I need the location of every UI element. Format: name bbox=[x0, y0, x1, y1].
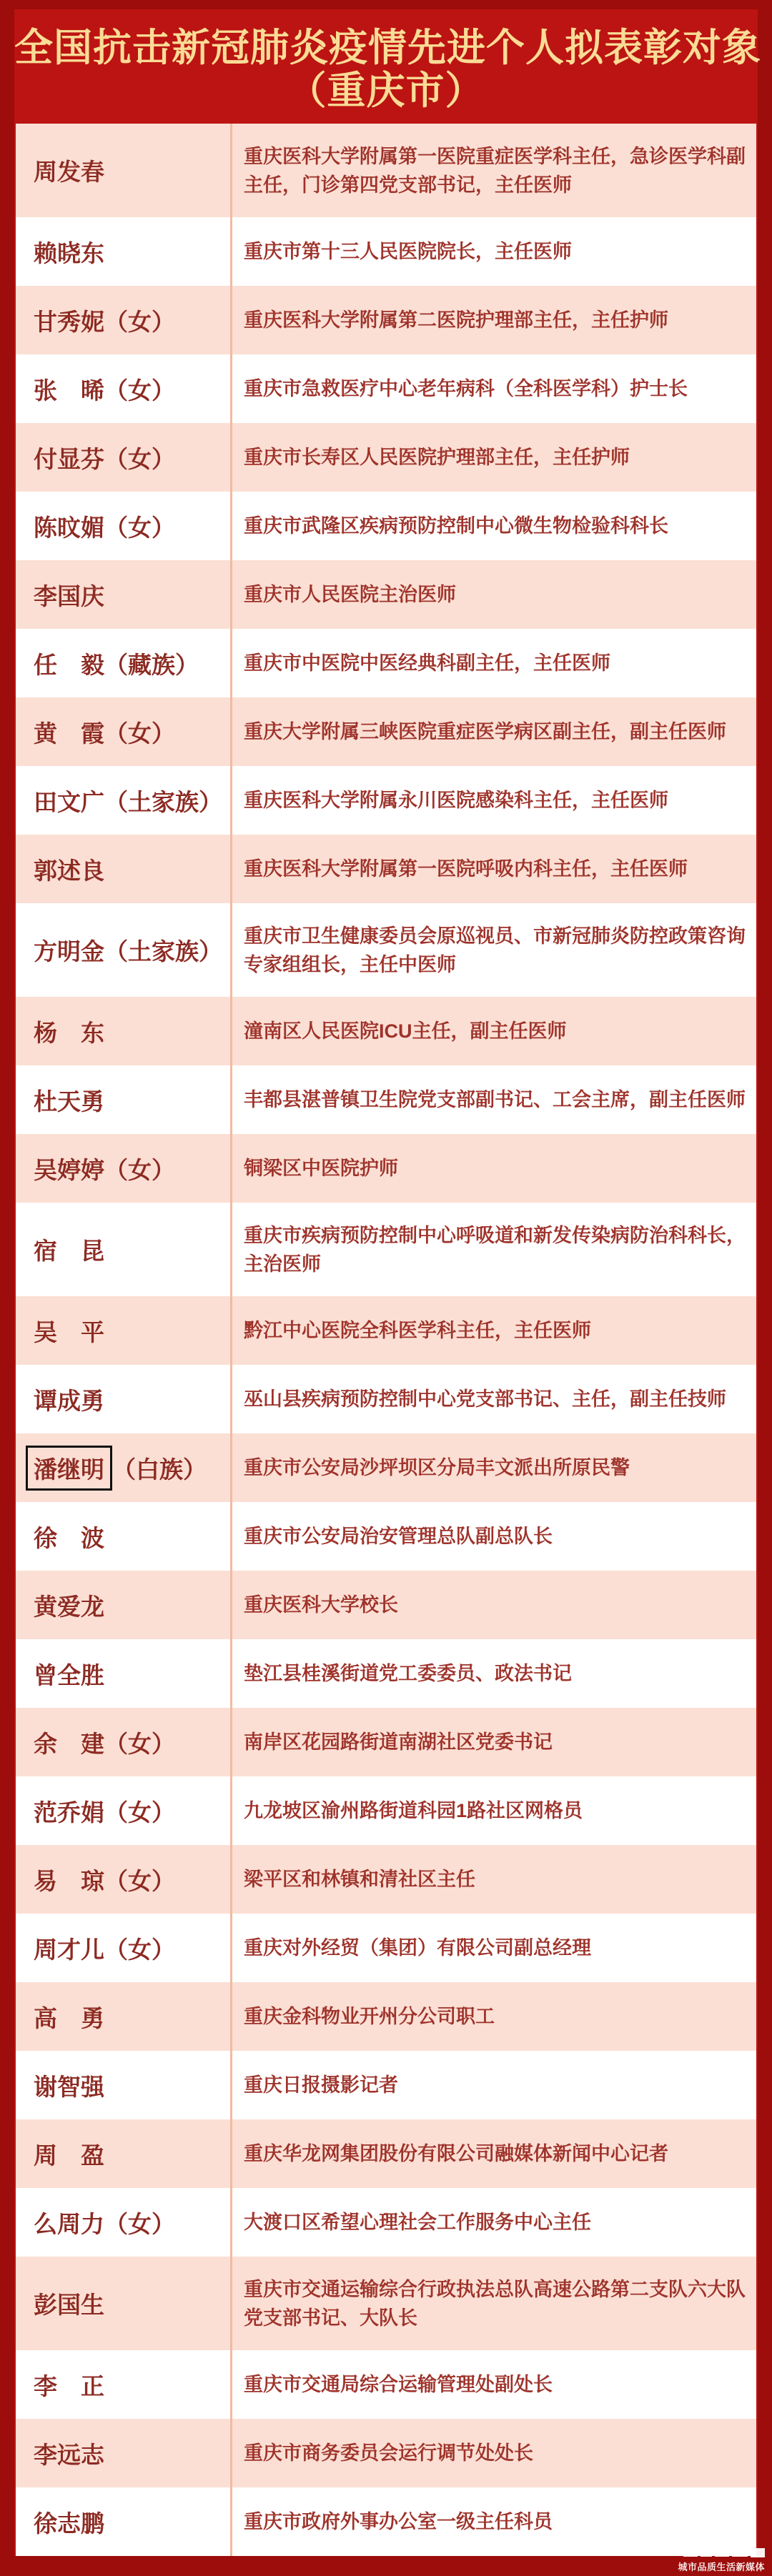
person-name-cell: 任 毅（藏族） bbox=[16, 629, 230, 697]
person-name-cell: 付显芬（女） bbox=[16, 423, 230, 492]
table-row: 周才儿（女） 重庆对外经贸（集团）有限公司副总经理 bbox=[16, 1914, 756, 1982]
table-row: 李国庆 重庆市人民医院主治医师 bbox=[16, 560, 756, 629]
person-name: 黄 霞 bbox=[34, 715, 104, 749]
person-description: 重庆市公安局治安管理总队副总队长 bbox=[232, 1502, 756, 1571]
person-name: 赖晓东 bbox=[34, 235, 104, 269]
person-description: 重庆市人民医院主治医师 bbox=[232, 560, 756, 629]
clipped-logo-fragments bbox=[678, 2549, 765, 2557]
title-line-2: （重庆市） bbox=[14, 69, 758, 112]
person-description: 潼南区人民医院ICU主任，副主任医师 bbox=[232, 997, 756, 1065]
person-name: 易 琼 bbox=[34, 1863, 104, 1896]
person-name-suffix: （女） bbox=[104, 304, 175, 337]
person-name-cell: 徐志鹏 bbox=[16, 2487, 230, 2556]
person-name-cell: 黄 霞（女） bbox=[16, 697, 230, 766]
person-name-suffix: （女） bbox=[104, 1152, 175, 1185]
poster-title: 全国抗击新冠肺炎疫情先进个人拟表彰对象 （重庆市） bbox=[14, 9, 758, 112]
person-name-cell: 张 晞（女） bbox=[16, 354, 230, 423]
person-name: 彭国生 bbox=[34, 2287, 104, 2320]
person-name: 范乔娟 bbox=[34, 1794, 104, 1828]
person-description: 重庆市长寿区人民医院护理部主任，主任护师 bbox=[232, 423, 756, 492]
person-name: 李 正 bbox=[34, 2368, 104, 2402]
person-name-suffix: （女） bbox=[104, 1726, 175, 1759]
table-row: 方明金（土家族） 重庆市卫生健康委员会原巡视员、市新冠肺炎防控政策咨询专家组组长… bbox=[16, 903, 756, 997]
table-row: 李远志 重庆市商务委员会运行调节处处长 bbox=[16, 2419, 756, 2487]
person-name: 郭述良 bbox=[34, 852, 104, 886]
table-row: 宿 昆 重庆市疾病预防控制中心呼吸道和新发传染病防治科科长，主治医师 bbox=[16, 1203, 756, 1296]
watermark: 城市品质生活新媒体 bbox=[678, 2549, 765, 2573]
table-row: 付显芬（女） 重庆市长寿区人民医院护理部主任，主任护师 bbox=[16, 423, 756, 492]
person-description: 重庆大学附属三峡医院重症医学病区副主任，副主任医师 bbox=[232, 697, 756, 766]
person-name-suffix: （女） bbox=[104, 372, 175, 406]
person-name-cell: 陈旼媚（女） bbox=[16, 492, 230, 560]
person-description: 重庆华龙网集团股份有限公司融媒体新闻中心记者 bbox=[232, 2119, 756, 2188]
person-description: 重庆市公安局沙坪坝区分局丰文派出所原民警 bbox=[232, 1433, 756, 1502]
title-line-1: 全国抗击新冠肺炎疫情先进个人拟表彰对象 bbox=[14, 26, 758, 69]
person-name: 宿 昆 bbox=[34, 1233, 104, 1266]
table-row: 郭述良 重庆医科大学附属第一医院呼吸内科主任，主任医师 bbox=[16, 835, 756, 903]
person-description: 重庆市中医院中医经典科副主任，主任医师 bbox=[232, 629, 756, 697]
person-name-suffix: （白族） bbox=[112, 1451, 207, 1485]
person-name: 李国庆 bbox=[34, 578, 104, 612]
person-name: 徐 波 bbox=[34, 1520, 104, 1553]
table-row: 高 勇 重庆金科物业开州分公司职工 bbox=[16, 1982, 756, 2051]
person-description: 重庆市交通局综合运输管理处副处长 bbox=[232, 2350, 756, 2419]
person-name-cell: 宿 昆 bbox=[16, 1203, 230, 1296]
person-description: 铜梁区中医院护师 bbox=[232, 1134, 756, 1203]
person-name: 付显芬 bbox=[34, 441, 104, 474]
table-row: 田文广（土家族） 重庆医科大学附属永川医院感染科主任，主任医师 bbox=[16, 766, 756, 835]
person-name-cell: 郭述良 bbox=[16, 835, 230, 903]
person-name: 甘秀妮 bbox=[34, 304, 104, 337]
person-name-cell: 田文广（土家族） bbox=[16, 766, 230, 835]
person-name-cell: 杨 东 bbox=[16, 997, 230, 1065]
person-name-cell: 黄爱龙 bbox=[16, 1571, 230, 1639]
person-name-cell: 周 盈 bbox=[16, 2119, 230, 2188]
person-name-cell: 谢智强 bbox=[16, 2051, 230, 2119]
table-row: 徐志鹏 重庆市政府外事办公室一级主任科员 bbox=[16, 2487, 756, 2556]
person-name: 任 毅 bbox=[34, 647, 104, 680]
person-description: 重庆对外经贸（集团）有限公司副总经理 bbox=[232, 1914, 756, 1982]
table-row: 杜天勇 丰都县湛普镇卫生院党支部副书记、工会主席，副主任医师 bbox=[16, 1065, 756, 1134]
person-name-cell: 吴婷婷（女） bbox=[16, 1134, 230, 1203]
honor-table: 周发春 重庆医科大学附属第一医院重症医学科主任，急诊医学科副主任，门诊第四党支部… bbox=[16, 124, 756, 2556]
table-row: 徐 波 重庆市公安局治安管理总队副总队长 bbox=[16, 1502, 756, 1571]
person-name-cell: 彭国生 bbox=[16, 2257, 230, 2350]
table-row: 任 毅（藏族） 重庆市中医院中医经典科副主任，主任医师 bbox=[16, 629, 756, 697]
person-description: 丰都县湛普镇卫生院党支部副书记、工会主席，副主任医师 bbox=[232, 1065, 756, 1134]
person-name: 谭成勇 bbox=[34, 1383, 104, 1416]
person-description: 九龙坡区渝州路街道科园1路社区网格员 bbox=[232, 1776, 756, 1845]
person-name: 周才儿 bbox=[34, 1931, 104, 1965]
person-name: 谢智强 bbox=[34, 2069, 104, 2102]
table-row: 易 琼（女） 梁平区和林镇和清社区主任 bbox=[16, 1845, 756, 1914]
table-row: 余 建（女） 南岸区花园路街道南湖社区党委书记 bbox=[16, 1708, 756, 1776]
person-name-cell: 易 琼（女） bbox=[16, 1845, 230, 1914]
person-description: 重庆市疾病预防控制中心呼吸道和新发传染病防治科科长，主治医师 bbox=[232, 1203, 756, 1296]
person-name: 黄爱龙 bbox=[34, 1588, 104, 1622]
person-name-cell: 谭成勇 bbox=[16, 1365, 230, 1433]
person-name-cell: 么周力（女） bbox=[16, 2188, 230, 2257]
person-name-suffix: （女） bbox=[104, 1863, 175, 1896]
person-description: 重庆医科大学校长 bbox=[232, 1571, 756, 1639]
person-name-cell: 吴 平 bbox=[16, 1296, 230, 1365]
person-description: 南岸区花园路街道南湖社区党委书记 bbox=[232, 1708, 756, 1776]
person-name-suffix: （土家族） bbox=[104, 784, 222, 817]
table-row: 周发春 重庆医科大学附属第一医院重症医学科主任，急诊医学科副主任，门诊第四党支部… bbox=[16, 124, 756, 217]
person-description: 重庆金科物业开州分公司职工 bbox=[232, 1982, 756, 2051]
person-name: 杜天勇 bbox=[34, 1083, 104, 1117]
person-description: 黔江中心医院全科医学科主任，主任医师 bbox=[232, 1296, 756, 1365]
person-description: 大渡口区希望心理社会工作服务中心主任 bbox=[232, 2188, 756, 2257]
person-name: 么周力 bbox=[34, 2206, 104, 2239]
person-name-cell: 徐 波 bbox=[16, 1502, 230, 1571]
person-name-cell: 范乔娟（女） bbox=[16, 1776, 230, 1845]
person-description: 重庆医科大学附属第一医院重症医学科主任，急诊医学科副主任，门诊第四党支部书记，主… bbox=[232, 124, 756, 217]
person-description: 重庆日报摄影记者 bbox=[232, 2051, 756, 2119]
person-name-suffix: （女） bbox=[104, 509, 175, 543]
person-name-suffix: （女） bbox=[104, 1931, 175, 1965]
person-name-cell: 周发春 bbox=[16, 124, 230, 217]
poster-background: 全国抗击新冠肺炎疫情先进个人拟表彰对象 （重庆市） 周发春 重庆医科大学附属第一… bbox=[14, 9, 758, 2556]
person-description: 重庆市政府外事办公室一级主任科员 bbox=[232, 2487, 756, 2556]
person-name: 周 盈 bbox=[34, 2137, 104, 2171]
table-row: 杨 东 潼南区人民医院ICU主任，副主任医师 bbox=[16, 997, 756, 1065]
person-name-cell: 甘秀妮（女） bbox=[16, 286, 230, 354]
table-row: 陈旼媚（女） 重庆市武隆区疾病预防控制中心微生物检验科科长 bbox=[16, 492, 756, 560]
person-description: 重庆市急救医疗中心老年病科（全科医学科）护士长 bbox=[232, 354, 756, 423]
person-description: 重庆市商务委员会运行调节处处长 bbox=[232, 2419, 756, 2487]
person-name: 李远志 bbox=[34, 2437, 104, 2470]
watermark-slogan: 城市品质生活新媒体 bbox=[678, 2560, 765, 2573]
person-name: 陈旼媚 bbox=[34, 509, 104, 543]
table-row: 周 盈 重庆华龙网集团股份有限公司融媒体新闻中心记者 bbox=[16, 2119, 756, 2188]
table-row: 潘继明（白族） 重庆市公安局沙坪坝区分局丰文派出所原民警 bbox=[16, 1433, 756, 1502]
table-row: 范乔娟（女） 九龙坡区渝州路街道科园1路社区网格员 bbox=[16, 1776, 756, 1845]
person-name: 周发春 bbox=[34, 154, 104, 187]
table-row: 赖晓东 重庆市第十三人民医院院长，主任医师 bbox=[16, 217, 756, 286]
person-name: 吴婷婷 bbox=[34, 1152, 104, 1185]
person-name-suffix: （女） bbox=[104, 715, 175, 749]
person-name-cell: 李远志 bbox=[16, 2419, 230, 2487]
person-name: 方明金 bbox=[34, 933, 104, 967]
person-description: 梁平区和林镇和清社区主任 bbox=[232, 1845, 756, 1914]
person-description: 巫山县疾病预防控制中心党支部书记、主任，副主任技师 bbox=[232, 1365, 756, 1433]
person-name-suffix: （女） bbox=[104, 441, 175, 474]
person-name-cell: 周才儿（女） bbox=[16, 1914, 230, 1982]
person-name-suffix: （土家族） bbox=[104, 933, 222, 967]
person-name-cell: 曾全胜 bbox=[16, 1639, 230, 1708]
table-row: 黄 霞（女） 重庆大学附属三峡医院重症医学病区副主任，副主任医师 bbox=[16, 697, 756, 766]
person-name-suffix: （女） bbox=[104, 1794, 175, 1828]
person-name-cell: 余 建（女） bbox=[16, 1708, 230, 1776]
person-name: 曾全胜 bbox=[34, 1657, 104, 1691]
person-name-cell: 李国庆 bbox=[16, 560, 230, 629]
table-row: 么周力（女） 大渡口区希望心理社会工作服务中心主任 bbox=[16, 2188, 756, 2257]
table-row: 张 晞（女） 重庆市急救医疗中心老年病科（全科医学科）护士长 bbox=[16, 354, 756, 423]
person-name: 张 晞 bbox=[34, 372, 104, 406]
person-description: 重庆市卫生健康委员会原巡视员、市新冠肺炎防控政策咨询专家组组长，主任中医师 bbox=[232, 903, 756, 997]
table-row: 黄爱龙 重庆医科大学校长 bbox=[16, 1571, 756, 1639]
person-description: 垫江县桂溪街道党工委委员、政法书记 bbox=[232, 1639, 756, 1708]
table-row: 谢智强 重庆日报摄影记者 bbox=[16, 2051, 756, 2119]
person-name-cell: 李 正 bbox=[16, 2350, 230, 2419]
person-name-suffix: （女） bbox=[104, 2206, 175, 2239]
table-row: 曾全胜 垫江县桂溪街道党工委委员、政法书记 bbox=[16, 1639, 756, 1708]
table-row: 吴 平 黔江中心医院全科医学科主任，主任医师 bbox=[16, 1296, 756, 1365]
person-description: 重庆医科大学附属第一医院呼吸内科主任，主任医师 bbox=[232, 835, 756, 903]
person-name: 杨 东 bbox=[34, 1015, 104, 1048]
person-description: 重庆市第十三人民医院院长，主任医师 bbox=[232, 217, 756, 286]
person-name-cell: 杜天勇 bbox=[16, 1065, 230, 1134]
person-description: 重庆医科大学附属永川医院感染科主任，主任医师 bbox=[232, 766, 756, 835]
person-name: 潘继明 bbox=[26, 1446, 112, 1491]
person-name-cell: 高 勇 bbox=[16, 1982, 230, 2051]
person-name: 田文广 bbox=[34, 784, 104, 817]
table-row: 甘秀妮（女） 重庆医科大学附属第二医院护理部主任，主任护师 bbox=[16, 286, 756, 354]
person-description: 重庆市交通运输综合行政执法总队高速公路第二支队六大队党支部书记、大队长 bbox=[232, 2257, 756, 2350]
table-row: 谭成勇 巫山县疾病预防控制中心党支部书记、主任，副主任技师 bbox=[16, 1365, 756, 1433]
person-name: 高 勇 bbox=[34, 2000, 104, 2034]
table-row: 彭国生 重庆市交通运输综合行政执法总队高速公路第二支队六大队党支部书记、大队长 bbox=[16, 2257, 756, 2350]
person-description: 重庆医科大学附属第二医院护理部主任，主任护师 bbox=[232, 286, 756, 354]
person-name: 余 建 bbox=[34, 1726, 104, 1759]
person-name: 吴 平 bbox=[34, 1314, 104, 1348]
table-row: 吴婷婷（女） 铜梁区中医院护师 bbox=[16, 1134, 756, 1203]
person-name-cell: 潘继明（白族） bbox=[16, 1433, 230, 1502]
person-name: 徐志鹏 bbox=[34, 2505, 104, 2539]
person-name-cell: 赖晓东 bbox=[16, 217, 230, 286]
table-row: 李 正 重庆市交通局综合运输管理处副处长 bbox=[16, 2350, 756, 2419]
person-name-suffix: （藏族） bbox=[104, 647, 199, 680]
person-name-cell: 方明金（土家族） bbox=[16, 903, 230, 997]
person-description: 重庆市武隆区疾病预防控制中心微生物检验科科长 bbox=[232, 492, 756, 560]
